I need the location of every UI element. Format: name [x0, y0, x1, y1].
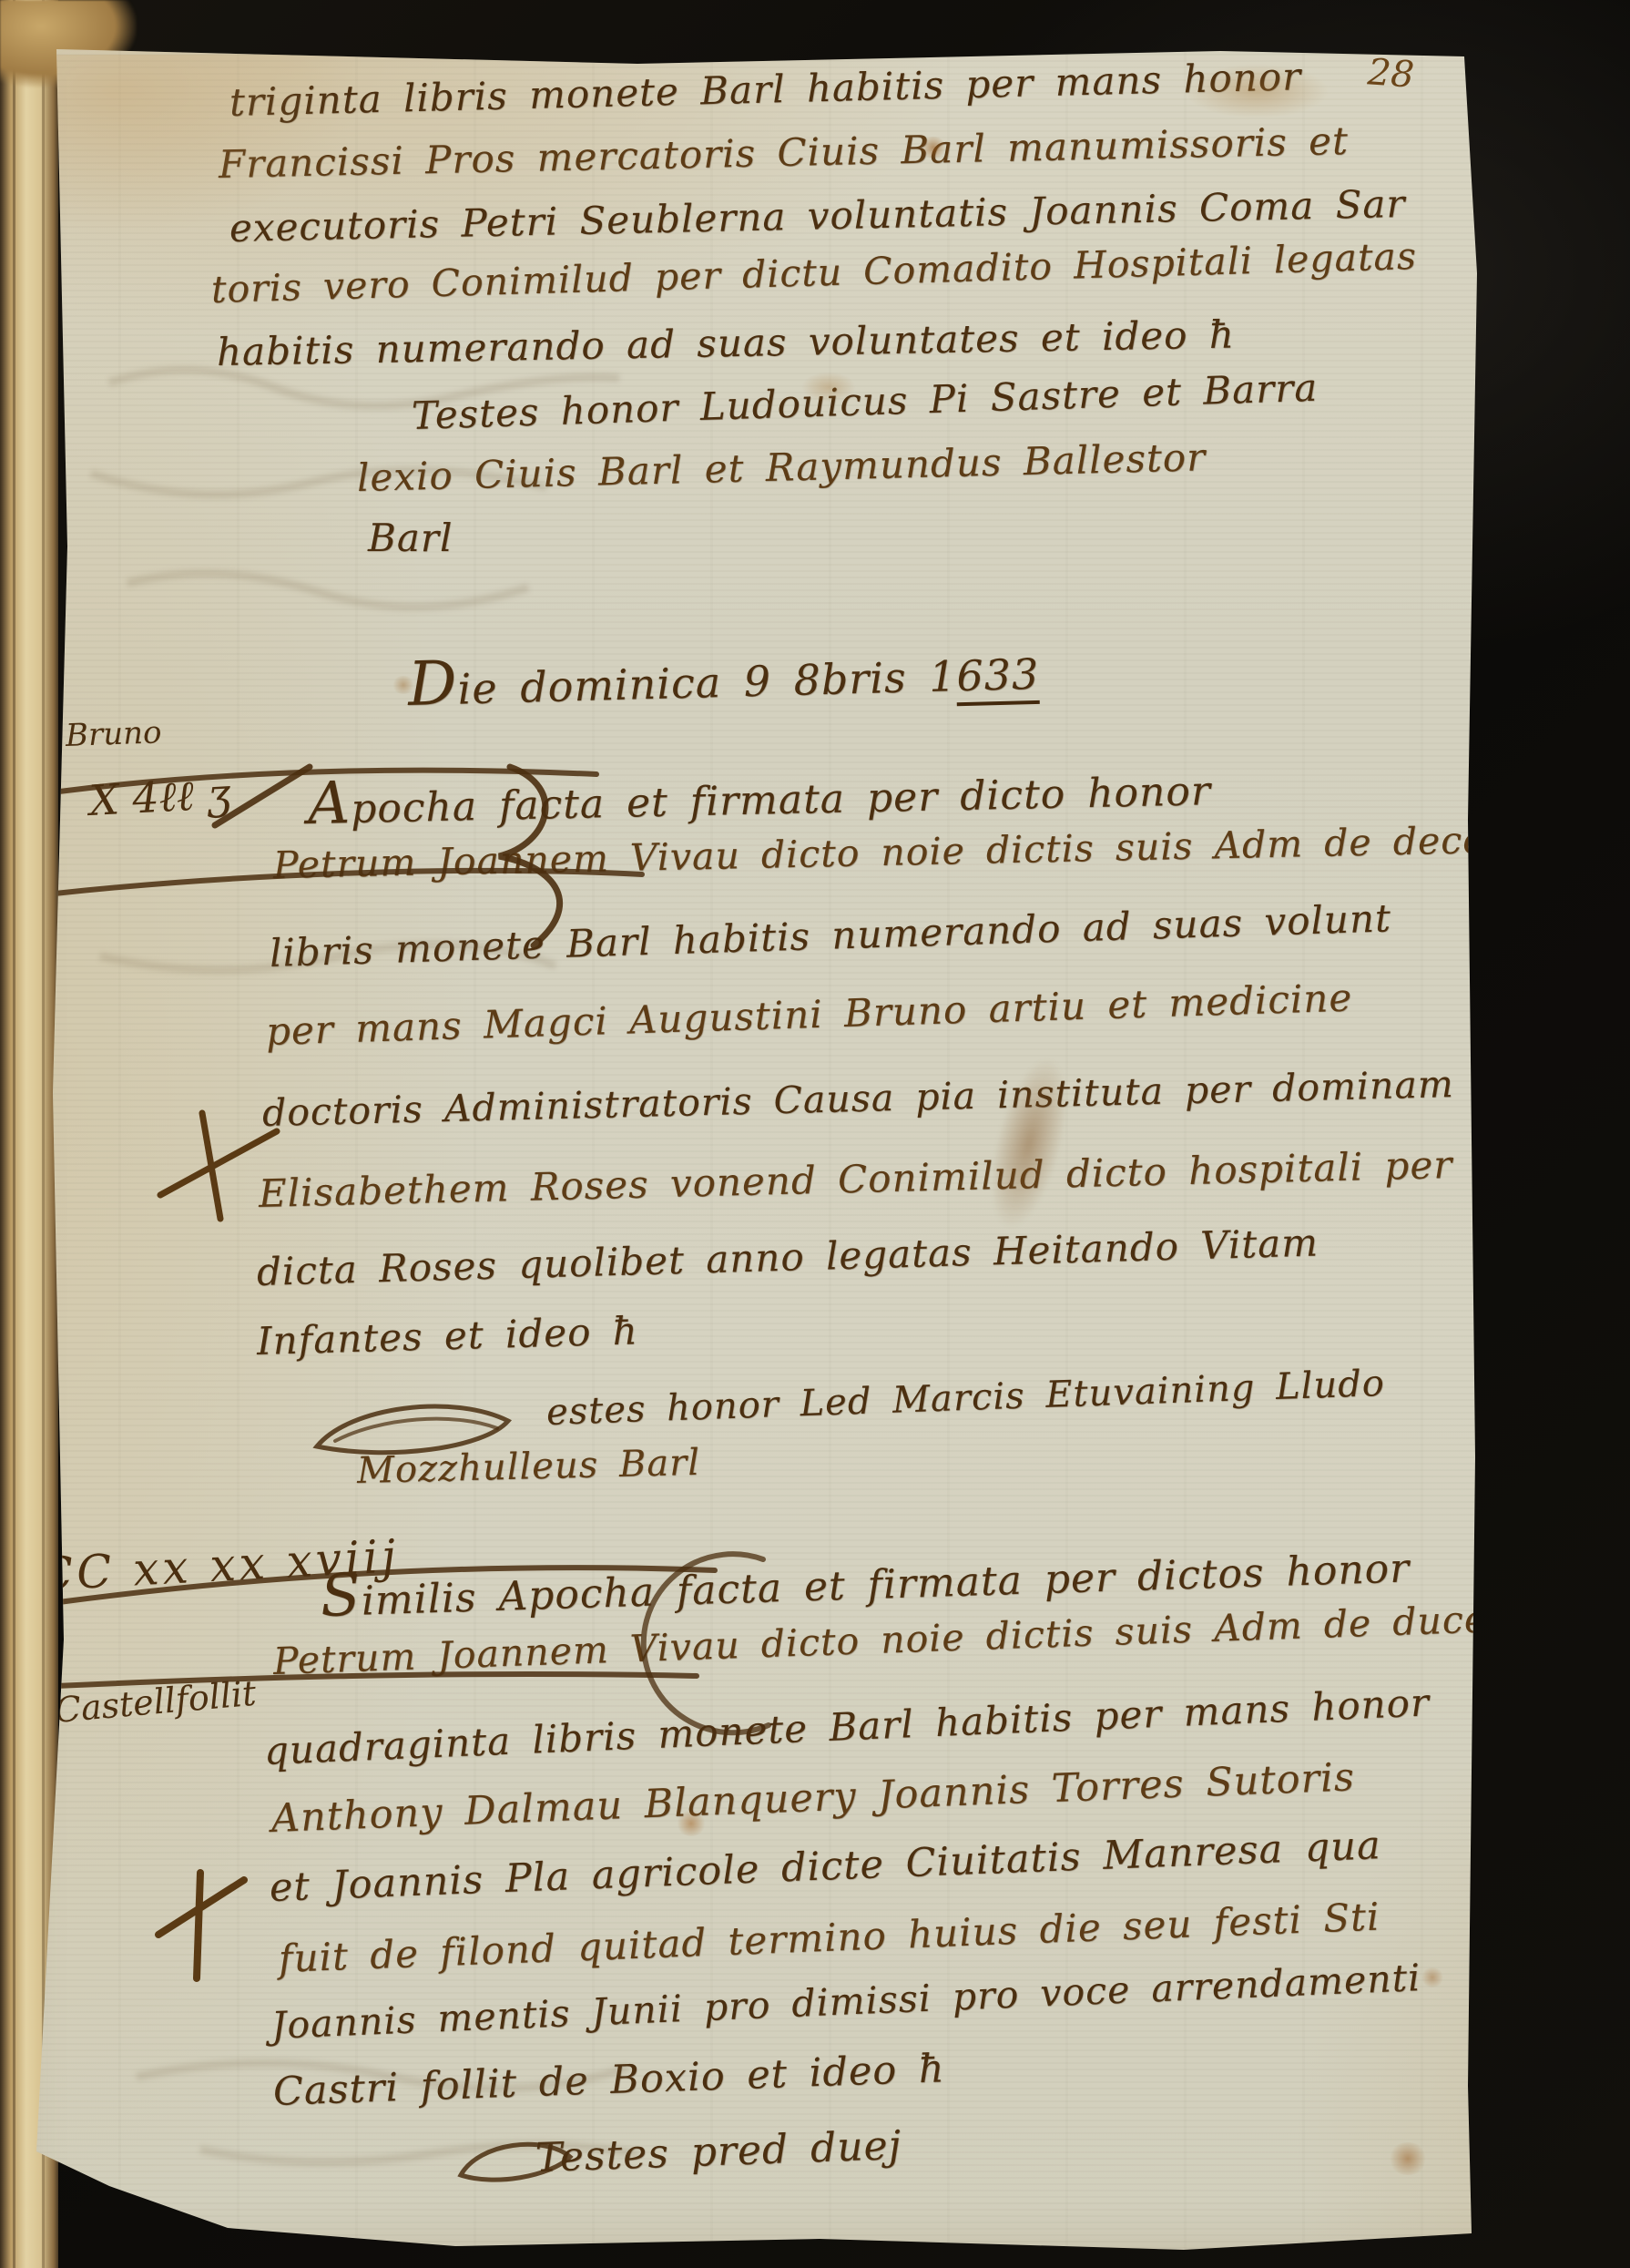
manuscript-line: per mans Magci Augustini Bruno artiu et …: [265, 976, 1353, 1054]
witness-line: Testes honor Ludouicus Pi Sastre et Barr…: [411, 365, 1319, 438]
manuscript-scan: 28 triginta libris monete Barl habitis p…: [0, 0, 1630, 2268]
manuscript-line: habitis numerando ad suas voluntates et …: [217, 312, 1236, 374]
margin-cross-icon: [158, 1873, 244, 1978]
margin-amount-cancelled: X 4ℓℓ ʒ: [88, 769, 232, 825]
date-heading-underlined-year: 633: [956, 649, 1040, 706]
margin-note-bruno: Bruno: [65, 714, 162, 754]
date-heading: Die dominica 9 8bris 1633: [407, 632, 1040, 720]
witness-line: estes honor Led Marcis Etuvaining Lludo: [545, 1363, 1385, 1434]
witness-line: Barl: [368, 516, 453, 560]
foxing-spot: [1421, 1967, 1444, 1987]
witness-line: Mozzhulleus Barl: [356, 1442, 700, 1492]
foxing-spot: [1388, 2142, 1428, 2175]
witness-line: lexio Ciuis Barl et Raymundus Ballestor: [356, 434, 1206, 500]
folio-number: 28: [1366, 51, 1415, 96]
margin-note-castellfollit: Castellfollit: [53, 1673, 258, 1731]
manuscript-line: libris monete Barl habitis numerando ad …: [269, 895, 1391, 976]
manuscript-line: Elisabethem Roses vonend Conimilud dicto…: [258, 1142, 1452, 1216]
witness-flourish: [317, 1406, 508, 1453]
manuscript-line: Castri follit de Boxio et ideo ħ: [272, 2046, 945, 2115]
witness-line: Testes pred duej: [535, 2122, 902, 2181]
date-heading-main: Die dominica 9 8bris 1: [407, 651, 957, 715]
manuscript-line: triginta libris monete Barl habitis per …: [229, 54, 1301, 125]
manuscript-line: Apocha facta et firmata per dicto honor: [307, 751, 1211, 838]
manuscript-line: doctoris Administratoris Causa pia insti…: [261, 1062, 1454, 1135]
manuscript-line: et Joannis Pla agricole dicte Ciuitatis …: [269, 1823, 1381, 1911]
manuscript-page: 28 triginta libris monete Barl habitis p…: [0, 0, 1630, 2268]
manuscript-line: Infantes et ideo ħ: [256, 1308, 638, 1364]
manuscript-line: dicta Roses quolibet anno legatas Heitan…: [256, 1220, 1319, 1294]
manuscript-line: Francissi Pros mercatoris Ciuis Barl man…: [218, 118, 1349, 187]
manuscript-line: Anthony Dalmau Blanquery Joannis Torres …: [270, 1754, 1356, 1842]
